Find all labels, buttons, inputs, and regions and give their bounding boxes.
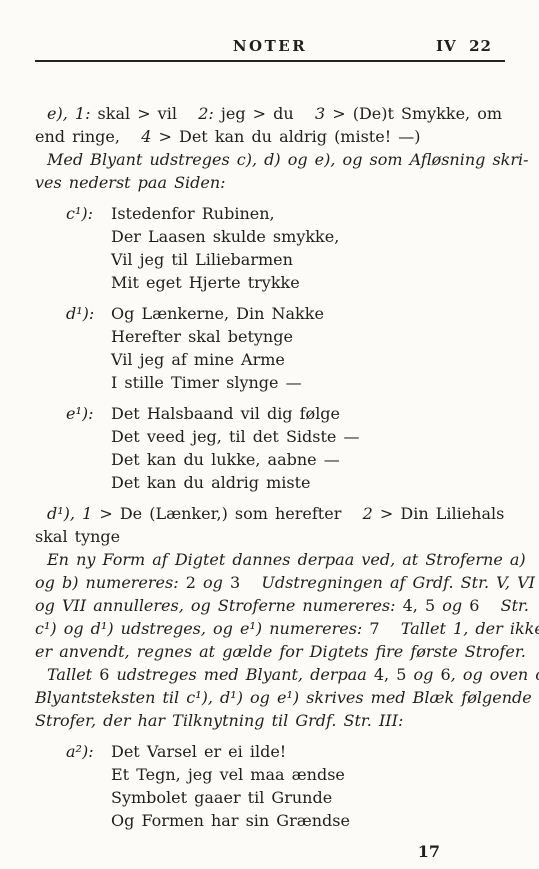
text-line: er anvendt, regnes at gælde for Digtets … [35, 640, 505, 663]
stanza-lines: Det Halsbaand vil dig følge Det veed jeg… [111, 402, 505, 494]
text-line: e), 1: skal > vil 2: jeg > du 3 > (De)t … [35, 102, 505, 125]
text-line: og VII annulleres, og Stroferne numerere… [35, 594, 505, 617]
stanza-d1: d¹): Og Lænkerne, Din Nakke Herefter ska… [35, 302, 505, 394]
paragraph-tallet: Tallet 6 udstreges med Blyant, derpaa 4,… [35, 663, 505, 732]
stanza-label: e¹): [35, 402, 111, 494]
text-line: ves nederst paa Siden: [35, 171, 505, 194]
verse-line: Et Tegn, jeg vel maa ændse [111, 763, 505, 786]
stanza-lines: Istedenfor Rubinen, Der Laasen skulde sm… [111, 202, 505, 294]
verse-line: I stille Timer slynge — [111, 371, 505, 394]
verse-line: Vil jeg til Liliebarmen [111, 248, 505, 271]
verse-line: Og Formen har sin Grændse [111, 809, 505, 832]
text-line: skal tynge [35, 525, 505, 548]
verse-line: Og Lænkerne, Din Nakke [111, 302, 505, 325]
text-line: Strofer, der har Tilknytning til Grdf. S… [35, 709, 505, 732]
text-line: En ny Form af Digtet dannes derpaa ved, … [35, 548, 505, 571]
verse-line: Det Varsel er ei ilde! [111, 740, 505, 763]
verse-line: Mit eget Hjerte trykke [111, 271, 505, 294]
page-header: NOTER IV 22 [35, 0, 505, 56]
verse-line: Herefter skal betynge [111, 325, 505, 348]
text-line: d¹), 1 > De (Lænker,) som herefter 2 > D… [35, 502, 505, 525]
text-line: Med Blyant udstreges c), d) og e), og so… [35, 148, 505, 171]
stanza-label: d¹): [35, 302, 111, 394]
stanza-c1: c¹): Istedenfor Rubinen, Der Laasen skul… [35, 202, 505, 294]
stanza-lines: Det Varsel er ei ilde! Et Tegn, jeg vel … [111, 740, 505, 832]
stanza-label: c¹): [35, 202, 111, 294]
text-line: og b) numereres: 2 og 3 Udstregningen af… [35, 571, 505, 594]
stanza-a2: a²): Det Varsel er ei ilde! Et Tegn, jeg… [35, 740, 505, 832]
verse-line: Det kan du lukke, aabne — [111, 448, 505, 471]
book-page: NOTER IV 22 e), 1: skal > vil 2: jeg > d… [0, 0, 539, 869]
text-line: end ringe, 4 > Det kan du aldrig (miste!… [35, 125, 505, 148]
stanza-label: a²): [35, 740, 111, 832]
verse-line: Der Laasen skulde smykke, [111, 225, 505, 248]
verse-line: Det Halsbaand vil dig følge [111, 402, 505, 425]
verse-line: Symbolet gaaer til Grunde [111, 786, 505, 809]
page-content: e), 1: skal > vil 2: jeg > du 3 > (De)t … [35, 62, 505, 832]
verse-line: Istedenfor Rubinen, [111, 202, 505, 225]
paragraph-blyant: Med Blyant udstreges c), d) og e), og so… [35, 148, 505, 194]
section-reference: IV 22 [436, 36, 492, 56]
paragraph-variants-e: e), 1: skal > vil 2: jeg > du 3 > (De)t … [35, 102, 505, 148]
verse-line: Vil jeg af mine Arme [111, 348, 505, 371]
text-line: Blyantsteksten til c¹), d¹) og e¹) skriv… [35, 686, 505, 709]
stanza-e1: e¹): Det Halsbaand vil dig følge Det vee… [35, 402, 505, 494]
running-title: NOTER [35, 36, 505, 56]
text-line: Tallet 6 udstreges med Blyant, derpaa 4,… [35, 663, 505, 686]
page-number: 17 [418, 840, 440, 863]
text-line: c¹) og d¹) udstreges, og e¹) numereres: … [35, 617, 505, 640]
stanza-lines: Og Lænkerne, Din Nakke Herefter skal bet… [111, 302, 505, 394]
paragraph-variants-d1: d¹), 1 > De (Lænker,) som herefter 2 > D… [35, 502, 505, 548]
verse-line: Det kan du aldrig miste [111, 471, 505, 494]
paragraph-nyform: En ny Form af Digtet dannes derpaa ved, … [35, 548, 505, 663]
verse-line: Det veed jeg, til det Sidste — [111, 425, 505, 448]
